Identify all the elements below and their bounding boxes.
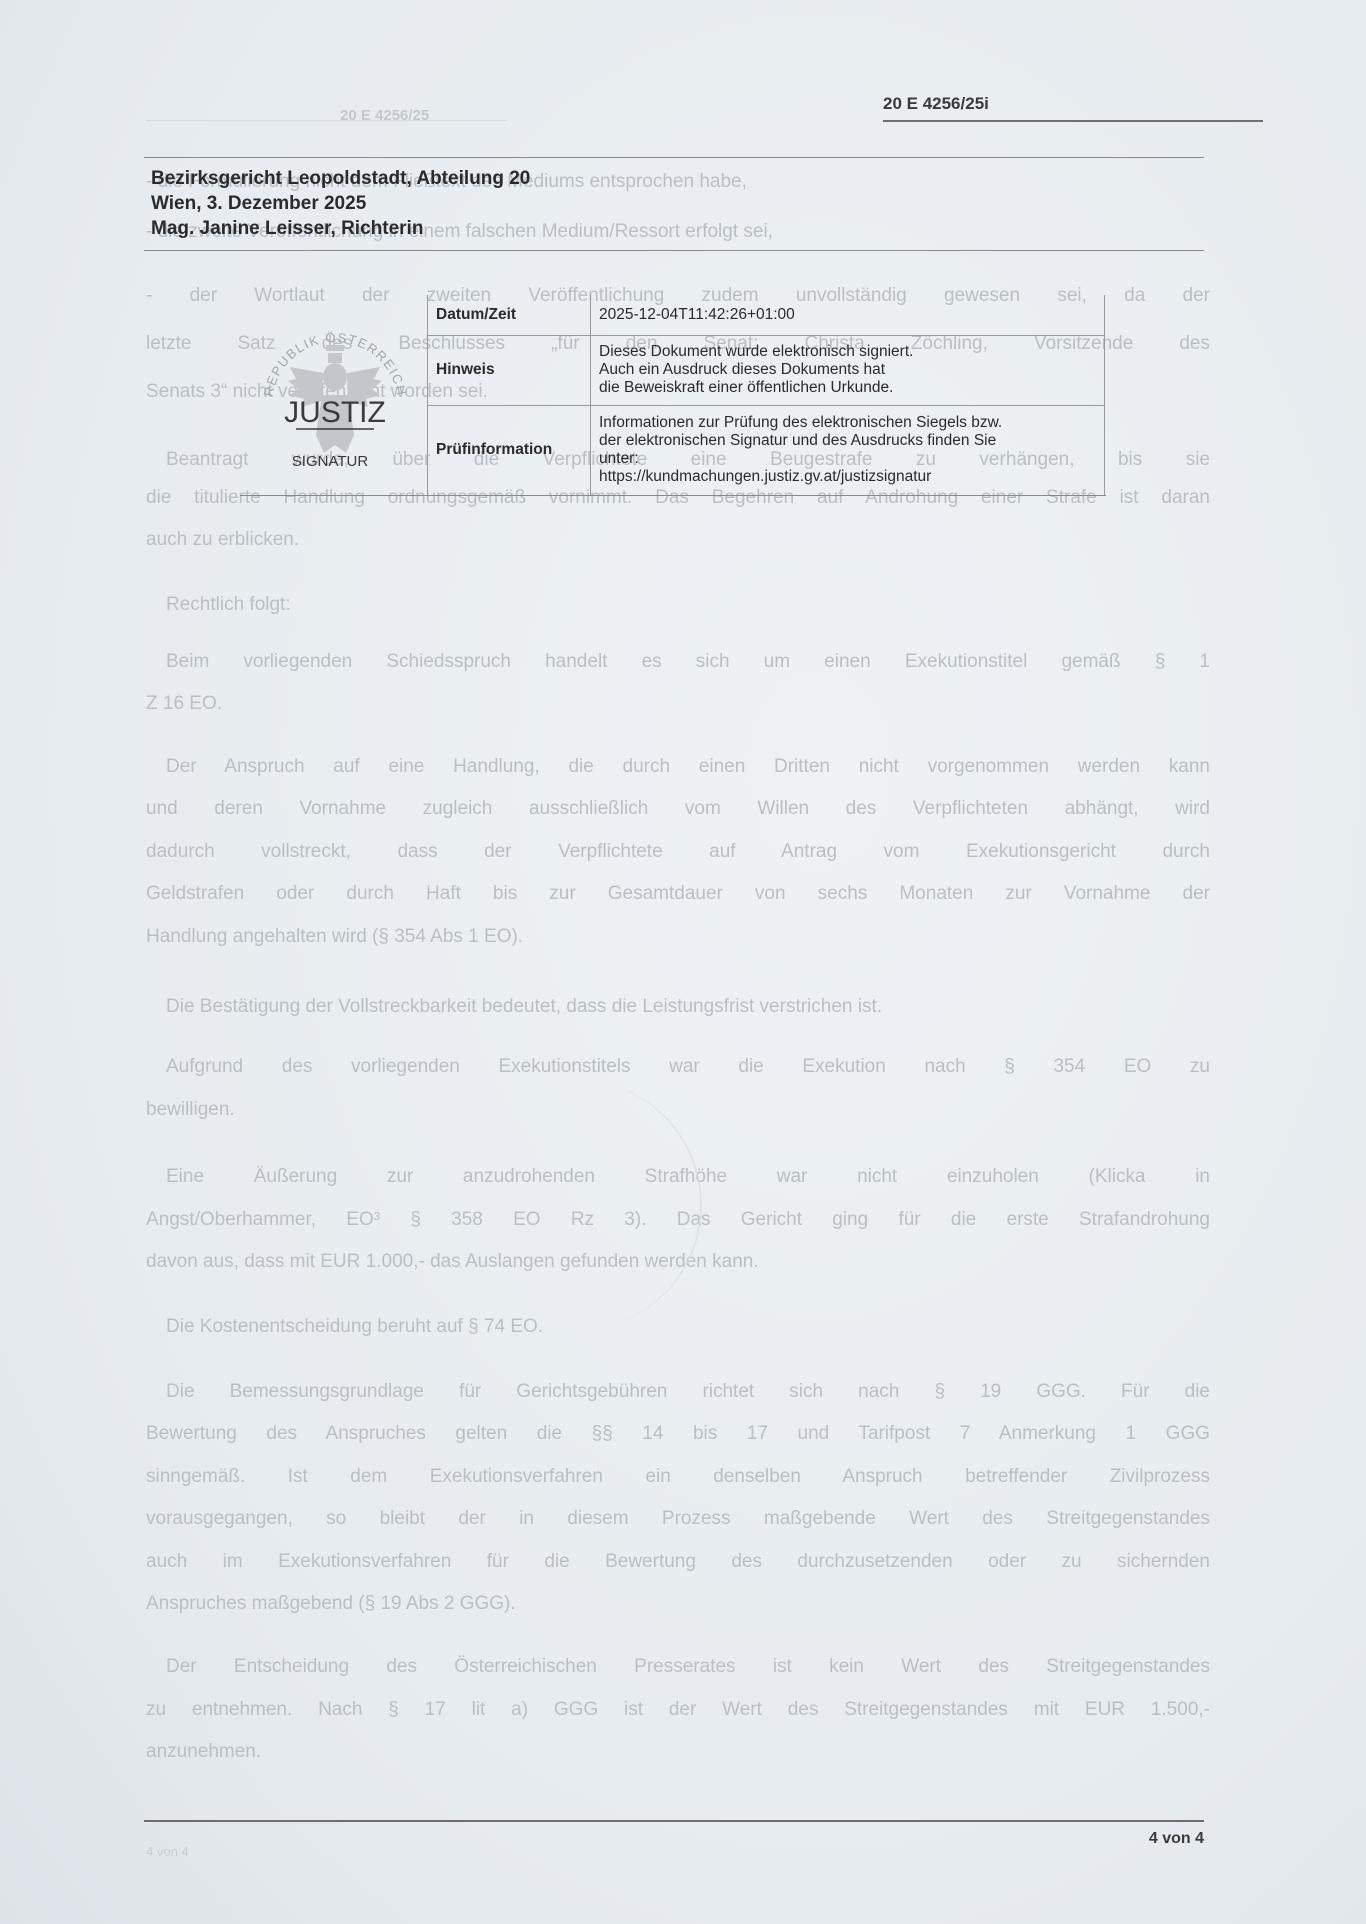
ghost-line: dadurch vollstreckt, dass der Verpflicht… — [146, 830, 1210, 873]
ghost-line: Aufgrund des vorliegenden Exekutionstite… — [146, 1045, 1210, 1088]
note-line: die Beweiskraft einer öffentlichen Urkun… — [599, 379, 1096, 397]
row-label: Prüfinformation — [428, 405, 591, 495]
ghost-line: und deren Vornahme zugleich ausschließli… — [146, 787, 1210, 830]
court-name: Bezirksgericht Leopoldstadt, Abteilung 2… — [151, 166, 530, 191]
footer-rule — [144, 1820, 1204, 1822]
table-row: Hinweis Dieses Dokument wurde elektronis… — [428, 335, 1105, 405]
signatur-label: SIGNATUR — [240, 453, 420, 470]
ghost-line: Geldstrafen oder durch Haft bis zur Gesa… — [146, 872, 1210, 915]
court-header: Bezirksgericht Leopoldstadt, Abteilung 2… — [151, 166, 530, 241]
ghost-case-number: 20 E 4256/25 — [340, 94, 429, 137]
ghost-rule — [146, 120, 506, 121]
ghost-line: Der Anspruch auf eine Handlung, die durc… — [146, 745, 1210, 788]
signature-info-table: Datum/Zeit 2025-12-04T11:42:26+01:00 Hin… — [427, 295, 1105, 496]
ghost-line: Handlung angehalten wird (§ 354 Abs 1 EO… — [146, 915, 1210, 958]
ghost-line: zu entnehmen. Nach § 17 lit a) GGG ist d… — [146, 1688, 1210, 1731]
judge-name: Mag. Janine Leisser, Richterin — [151, 216, 530, 241]
row-value: Dieses Dokument wurde elektronisch signi… — [591, 335, 1105, 405]
info-line: der elektronischen Signatur und des Ausd… — [599, 432, 1096, 450]
ghost-line: Z 16 EO. — [146, 682, 1210, 725]
ghost-line: Rechtlich folgt: — [146, 583, 1210, 626]
row-value: Informationen zur Prüfung des elektronis… — [591, 405, 1105, 495]
ghost-line: Anspruches maßgebend (§ 19 Abs 2 GGG). — [146, 1582, 1210, 1625]
ghost-line: Der Entscheidung des Österreichischen Pr… — [146, 1645, 1210, 1688]
ghost-line: Die Bestätigung der Vollstreckbarkeit be… — [146, 985, 1210, 1028]
justiz-eagle-emblem-icon: REPUBLIK ÖSTERREICH JUSTIZ — [250, 315, 420, 475]
ghost-page-indicator: 4 von 4 — [146, 1830, 189, 1873]
row-label: Datum/Zeit — [428, 295, 591, 335]
ghost-line: vorausgegangen, so bleibt der in diesem … — [146, 1497, 1210, 1540]
table-row: Datum/Zeit 2025-12-04T11:42:26+01:00 — [428, 295, 1105, 335]
bleed-through-text: 20 E 4256/25 - die Formulierung nicht de… — [0, 0, 1366, 1924]
note-line: Auch ein Ausdruck dieses Dokuments hat — [599, 361, 1096, 379]
ghost-line: anzunehmen. — [146, 1730, 1210, 1773]
info-line: Informationen zur Prüfung des elektronis… — [599, 414, 1096, 432]
table-row: Prüfinformation Informationen zur Prüfun… — [428, 405, 1105, 495]
ghost-line: auch zu erblicken. — [146, 518, 1210, 561]
ghost-line: Beim vorliegenden Schiedsspruch handelt … — [146, 640, 1210, 683]
note-line: Dieses Dokument wurde elektronisch signi… — [599, 343, 1096, 361]
row-value: 2025-12-04T11:42:26+01:00 — [591, 295, 1105, 335]
verification-url: https://kundmachungen.justiz.gv.at/justi… — [599, 468, 1096, 486]
signature-block: REPUBLIK ÖSTERREICH JUSTIZ SIGNATUR Datu… — [240, 295, 1108, 495]
header-rule-bottom — [144, 250, 1204, 251]
info-line: unter: — [599, 450, 1096, 468]
ghost-line: auch im Exekutionsverfahren für die Bewe… — [146, 1540, 1210, 1583]
case-number-rule — [883, 120, 1263, 122]
case-number: 20 E 4256/25i — [883, 94, 989, 114]
datetime-value: 2025-12-04T11:42:26+01:00 — [599, 306, 1096, 324]
signature-bottom-rule — [240, 495, 1106, 496]
header-rule-top — [144, 157, 1204, 158]
svg-text:JUSTIZ: JUSTIZ — [284, 396, 386, 429]
ghost-line: sinngemäß. Ist dem Exekutionsverfahren e… — [146, 1455, 1210, 1498]
place-date: Wien, 3. Dezember 2025 — [151, 191, 530, 216]
page-indicator: 4 von 4 — [1130, 1830, 1204, 1848]
ghost-line: Bewertung des Anspruches gelten die §§ 1… — [146, 1412, 1210, 1455]
ghost-line: Die Kostenentscheidung beruht auf § 74 E… — [146, 1305, 1210, 1348]
ghost-line: bewilligen. — [146, 1088, 1210, 1131]
row-label: Hinweis — [428, 335, 591, 405]
ghost-line: Die Bemessungsgrundlage für Gerichtsgebü… — [146, 1370, 1210, 1413]
